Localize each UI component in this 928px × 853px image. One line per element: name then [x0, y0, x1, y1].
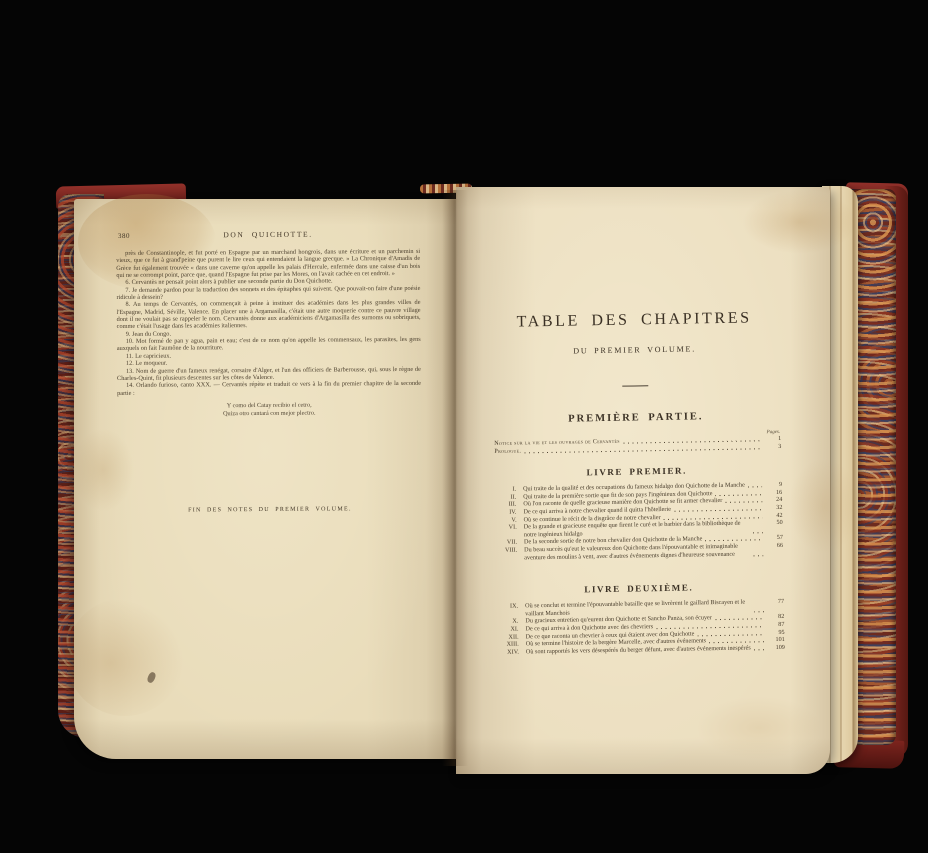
livre-deuxieme-chapters: IX. Où se conclut et termine l'épouvanta… — [494, 598, 785, 656]
divider-rule — [622, 385, 648, 386]
stain-right-bottom — [696, 696, 822, 760]
chapter-numeral: VIII. — [493, 546, 524, 562]
chapter-page: 50 — [766, 519, 783, 534]
note-paragraph: 8. Au temps de Cervantès, on commençait … — [116, 299, 420, 330]
stain-right-mid — [788, 458, 860, 554]
dot-leader — [715, 619, 764, 621]
table-title: TABLE DES CHAPITRES — [489, 309, 779, 332]
dot-leader — [748, 487, 762, 488]
book-photo: { "colors": { "background": "#050505", "… — [0, 0, 928, 853]
left-page-content: 380 DON QUICHOTTE. près de Constantinopl… — [116, 229, 422, 515]
dot-leader — [715, 494, 762, 496]
toc-entry-title: Prologue. — [494, 447, 521, 455]
dot-leader — [754, 611, 764, 612]
gutter-shadow — [442, 190, 468, 766]
chapter-numeral: IX. — [494, 603, 525, 619]
verse-line-2: Quiza otro cantará con mejor plectro. — [117, 409, 421, 419]
part-heading: PREMIÈRE PARTIE. — [491, 410, 781, 426]
chapter-page: 77 — [767, 598, 784, 613]
dot-leader — [524, 448, 761, 453]
dot-leader — [725, 502, 762, 504]
dot-leader — [754, 649, 765, 650]
toc-entry-page: 3 — [764, 443, 781, 451]
page-number: 380 — [118, 232, 130, 240]
stain-right-top — [742, 190, 858, 254]
livre-deuxieme-heading: LIVRE DEUXIÈME. — [494, 581, 784, 596]
note-paragraph: 14. Orlando furioso, canto XXX. — Cervan… — [117, 380, 421, 397]
spanish-verse: Y como del Catay recibio el cetro, Quiza… — [117, 401, 421, 419]
table-subtitle: DU PREMIER VOLUME. — [490, 343, 780, 357]
right-page-content: TABLE DES CHAPITRES DU PREMIER VOLUME. P… — [489, 309, 785, 656]
notes-text: près de Constantinople, et fut porté en … — [116, 248, 421, 397]
note-paragraph: près de Constantinople, et fut porté en … — [116, 248, 420, 279]
dot-leader — [753, 532, 763, 533]
livre-premier-chapters: I. Qui traite de la qualité et des occup… — [492, 481, 783, 562]
livre-premier-heading: LIVRE PREMIER. — [492, 464, 782, 479]
dot-leader — [753, 555, 763, 556]
running-title: DON QUICHOTTE. — [116, 229, 420, 240]
chapter-title: Du beau succès qu'eut le valeureux don Q… — [524, 542, 750, 561]
chapter-page: 109 — [768, 644, 785, 652]
chapter-numeral: XIV. — [495, 648, 526, 656]
chapter-page: 66 — [766, 542, 783, 557]
chapter-numeral: VI. — [493, 524, 524, 540]
stain-left-bottom — [66, 598, 184, 716]
left-page-header: 380 DON QUICHOTTE. — [116, 229, 420, 242]
